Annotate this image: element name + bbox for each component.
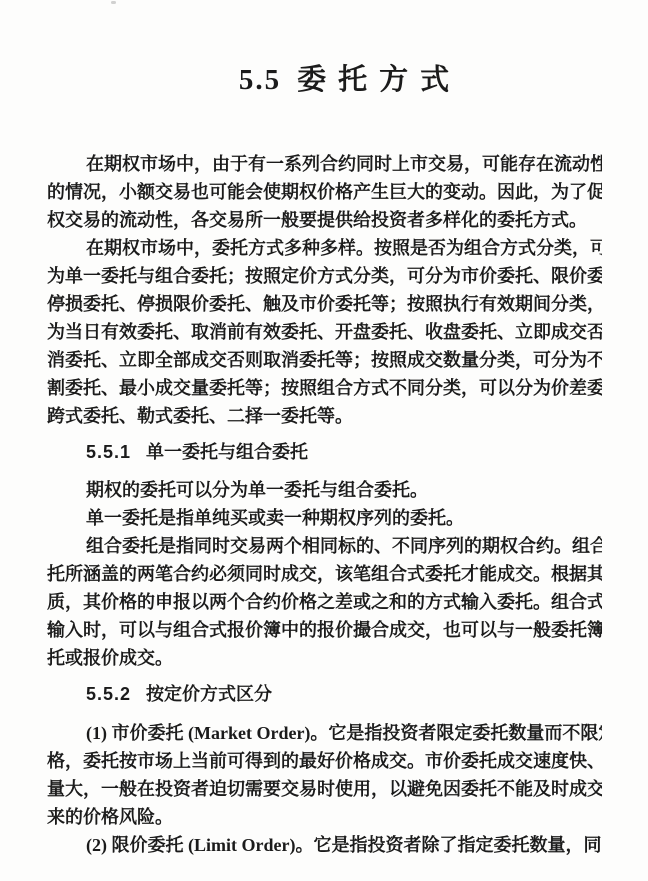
text-line: 在期权市场中，委托方式多种多样。按照是否为组合方式分类，可以分 bbox=[47, 234, 602, 262]
text-line: 单一委托是指单纯买或卖一种期权序列的委托。 bbox=[47, 504, 602, 532]
text-line: 输入时，可以与组合式报价簿中的报价撮合成交，也可以与一般委托簿的委 bbox=[47, 616, 602, 644]
text-line: 为单一委托与组合委托；按照定价方式分类，可分为市价委托、限价委托、 bbox=[47, 262, 602, 290]
text-line: 质，其价格的申报以两个合约价格之差或之和的方式输入委托。组合式委托 bbox=[47, 588, 602, 616]
text-line: 为当日有效委托、取消前有效委托、开盘委托、收盘委托、立即成交否则取 bbox=[47, 318, 602, 346]
text-line: 托或报价成交。 bbox=[47, 644, 602, 672]
text-line: 组合委托是指同时交易两个相同标的、不同序列的期权合约。组合式委 bbox=[47, 532, 602, 560]
text-line: (2) 限价委托 (Limit Order)。它是指投资者除了指定委托数量，同时… bbox=[47, 831, 602, 859]
section-heading-551: 5.5.1单一委托与组合委托 bbox=[86, 438, 602, 466]
text-line: 来的价格风险。 bbox=[47, 803, 602, 831]
chapter-title: 5.5委托方式 bbox=[26, 62, 648, 98]
paragraph-551-3: 组合委托是指同时交易两个相同标的、不同序列的期权合约。组合式委 托所涵盖的两笔合… bbox=[47, 532, 602, 672]
paragraph-551-1: 期权的委托可以分为单一委托与组合委托。 bbox=[47, 476, 602, 504]
text-line: 格，委托按市场上当前可得到的最好价格成交。市价委托成交速度快、交易 bbox=[47, 747, 602, 775]
paragraph-intro-2: 在期权市场中，委托方式多种多样。按照是否为组合方式分类，可以分 为单一委托与组合… bbox=[47, 234, 602, 430]
text-line: 停损委托、停损限价委托、触及市价委托等；按照执行有效期间分类，可分 bbox=[47, 290, 602, 318]
paragraph-552-1: (1) 市价委托 (Market Order)。它是指投资者限定委托数量而不限定… bbox=[47, 719, 602, 831]
text-line: 跨式委托、勒式委托、二择一委托等。 bbox=[47, 402, 602, 430]
text-line: 量大，一般在投资者迫切需要交易时使用，以避免因委托不能及时成交所带 bbox=[47, 775, 602, 803]
paragraph-intro-1: 在期权市场中，由于有一系列合约同时上市交易，可能存在流动性不足 的情况，小额交易… bbox=[47, 150, 602, 234]
text-line: 权交易的流动性，各交易所一般要提供给投资者多样化的委托方式。 bbox=[47, 206, 602, 234]
text-line: 期权的委托可以分为单一委托与组合委托。 bbox=[47, 476, 602, 504]
text-line: 消委托、立即全部成交否则取消委托等；按照成交数量分类，可分为不可分 bbox=[47, 346, 602, 374]
text-line: (1) 市价委托 (Market Order)。它是指投资者限定委托数量而不限定… bbox=[47, 719, 602, 747]
section-number: 5.5.2 bbox=[86, 684, 131, 704]
page-body: 在期权市场中，由于有一系列合约同时上市交易，可能存在流动性不足 的情况，小额交易… bbox=[47, 150, 602, 859]
chapter-title-text: 委托方式 bbox=[297, 64, 461, 96]
text-line: 割委托、最小成交量委托等；按照组合方式不同分类，可以分为价差委托、 bbox=[47, 374, 602, 402]
scan-artifact bbox=[111, 1, 116, 4]
text-line: 的情况，小额交易也可能会使期权价格产生巨大的变动。因此，为了促进期 bbox=[47, 178, 602, 206]
section-title: 按定价方式区分 bbox=[146, 684, 272, 704]
text-line: 托所涵盖的两笔合约必须同时成交，该笔组合式委托才能成交。根据其性 bbox=[47, 560, 602, 588]
paragraph-551-2: 单一委托是指单纯买或卖一种期权序列的委托。 bbox=[47, 504, 602, 532]
section-heading-552: 5.5.2按定价方式区分 bbox=[86, 680, 602, 708]
section-title: 单一委托与组合委托 bbox=[146, 442, 308, 462]
chapter-number: 5.5 bbox=[239, 64, 281, 96]
section-number: 5.5.1 bbox=[86, 442, 131, 462]
text-line: 在期权市场中，由于有一系列合约同时上市交易，可能存在流动性不足 bbox=[47, 150, 602, 178]
paragraph-552-2: (2) 限价委托 (Limit Order)。它是指投资者除了指定委托数量，同时… bbox=[47, 831, 602, 859]
scanned-book-page: 5.5委托方式 在期权市场中，由于有一系列合约同时上市交易，可能存在流动性不足 … bbox=[0, 0, 648, 881]
